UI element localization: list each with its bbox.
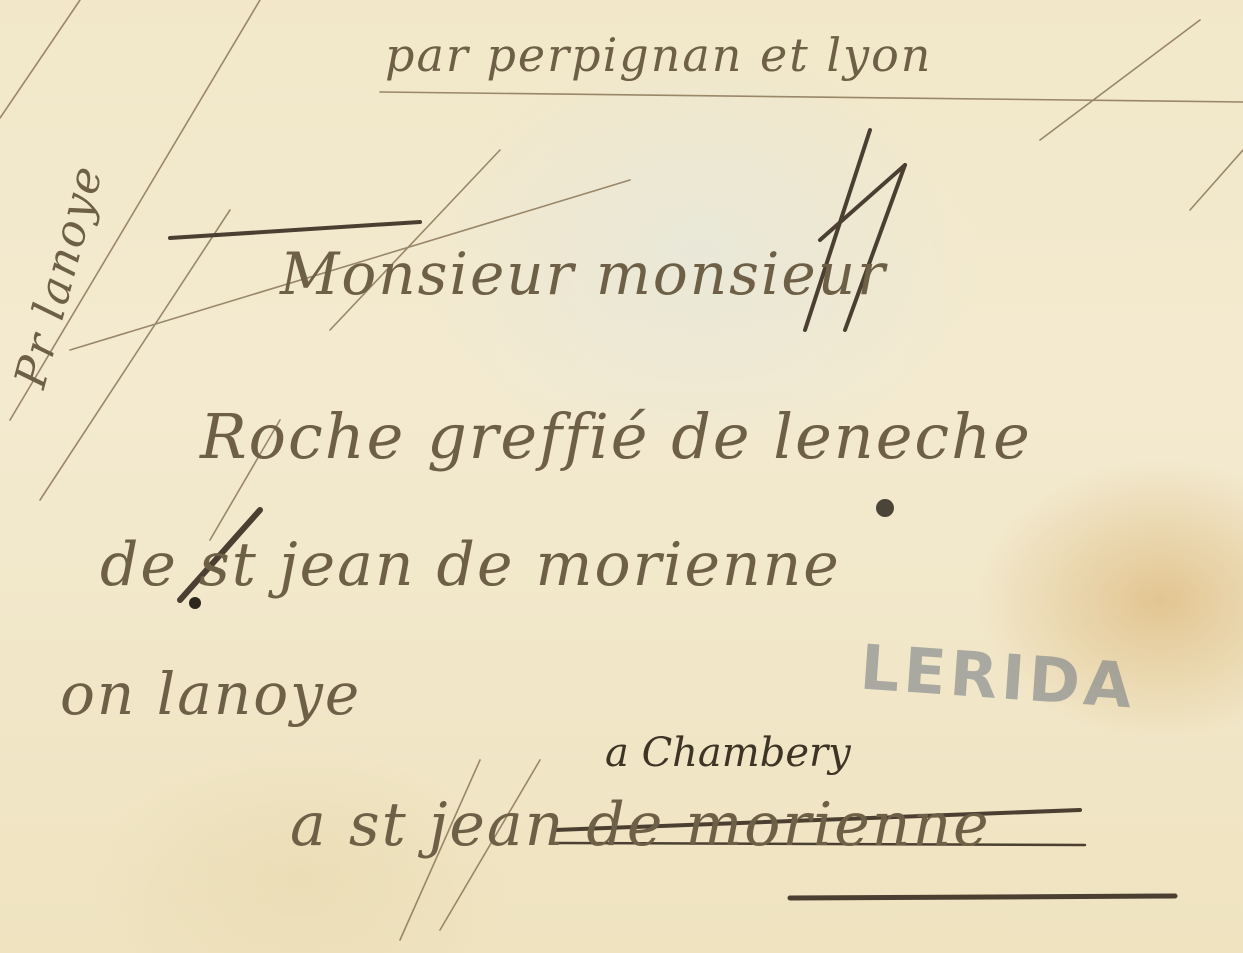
forwarding-note: a Chambery: [605, 730, 851, 776]
address-line-5: a st jean de morienne: [290, 790, 991, 860]
address-line-2: Roche greffié de leneche: [200, 400, 1032, 473]
address-line-3: de st jean de morienne: [100, 530, 841, 600]
address-line-4: on lanoye: [60, 660, 361, 728]
top-routing-note: par perpignan et lyon: [385, 28, 932, 82]
letter-cover: Pr lanoye par perpignan et lyon Monsieur…: [0, 0, 1243, 953]
address-line-1: Monsieur monsieur: [280, 240, 887, 308]
